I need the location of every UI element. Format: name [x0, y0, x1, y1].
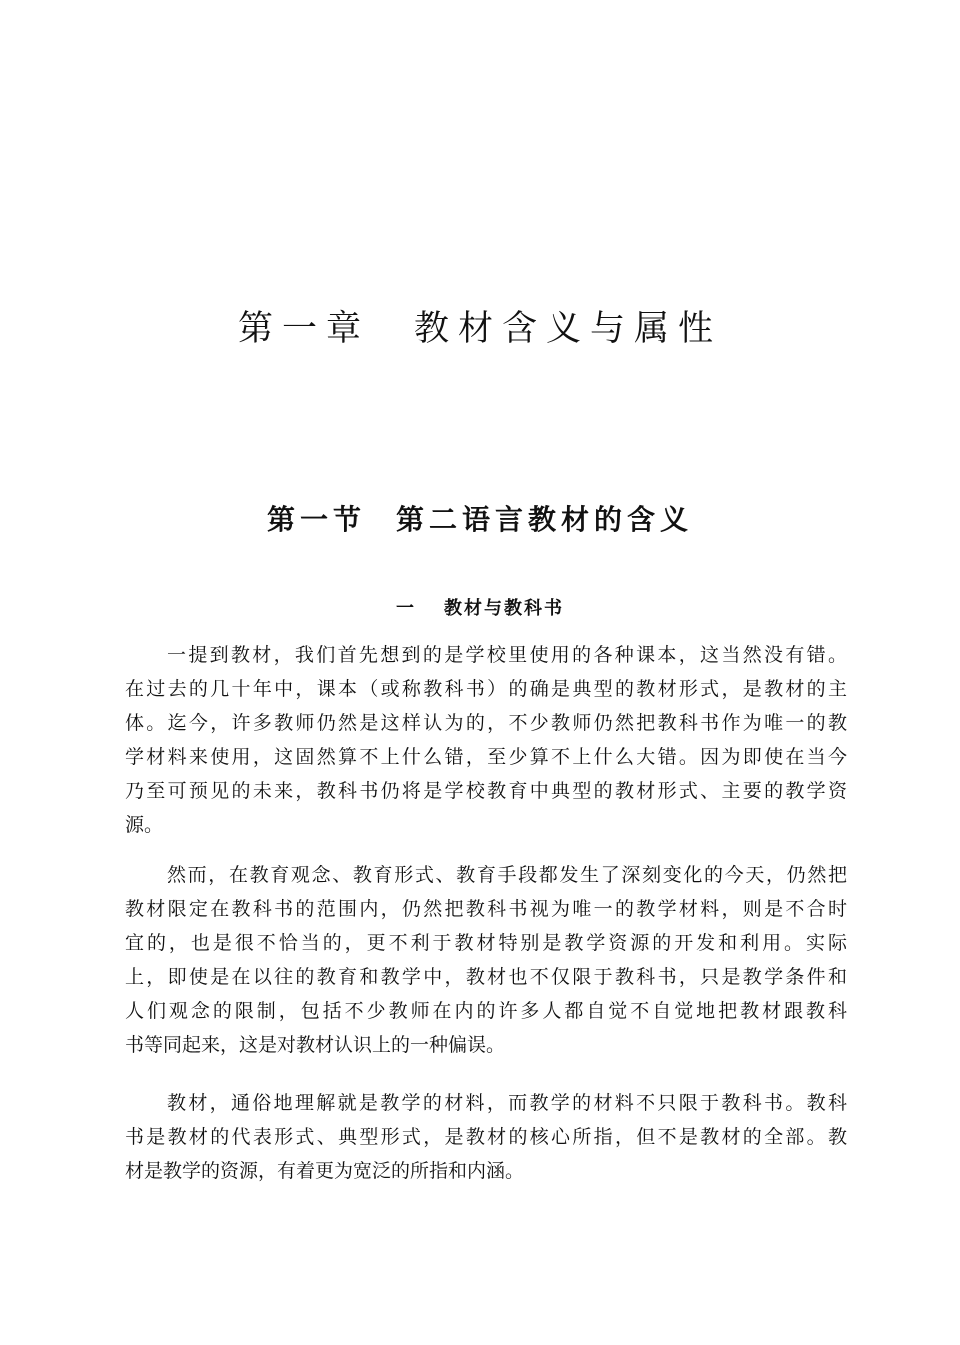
text-line: 源。	[125, 808, 847, 842]
paragraph-2: 然而，在教育观念、教育形式、教育手段都发生了深刻变化的今天，仍然把 教材限定在教…	[125, 858, 847, 1062]
text-line: 教材，通俗地理解就是教学的材料，而教学的材料不只限于教科书。教科	[125, 1086, 847, 1120]
text-line: 然而，在教育观念、教育形式、教育手段都发生了深刻变化的今天，仍然把	[125, 858, 847, 892]
section-heading: 第一节第二语言教材的含义	[0, 501, 960, 539]
section-number: 第一节	[267, 503, 366, 536]
text-line: 学材料来使用，这固然算不上什么错，至少算不上什么大错。因为即使在当今	[125, 740, 847, 774]
section-title: 第二语言教材的含义	[396, 503, 693, 536]
text-line: 宜的，也是很不恰当的，更不利于教材特别是教学资源的开发和利用。实际	[125, 926, 847, 960]
chapter-heading: 第一章教材含义与属性	[0, 307, 960, 351]
text-line: 上，即使是在以往的教育和教学中，教材也不仅限于教科书，只是教学条件和	[125, 960, 847, 994]
text-line: 材是教学的资源，有着更为宽泛的所指和内涵。	[125, 1154, 847, 1188]
text-line: 书等同起来，这是对教材认识上的一种偏误。	[125, 1028, 847, 1062]
text-line: 乃至可预见的未来，教科书仍将是学校教育中典型的教材形式、主要的教学资	[125, 774, 847, 808]
text-line: 人们观念的限制，包括不少教师在内的许多人都自觉不自觉地把教材跟教科	[125, 994, 847, 1028]
chapter-title: 教材含义与属性	[414, 309, 722, 349]
paragraph-1: 一提到教材，我们首先想到的是学校里使用的各种课本，这当然没有错。 在过去的几十年…	[125, 638, 847, 842]
subsection-heading: 一教材与教科书	[0, 596, 960, 622]
text-line: 一提到教材，我们首先想到的是学校里使用的各种课本，这当然没有错。	[125, 638, 847, 672]
chapter-number: 第一章	[238, 309, 370, 349]
paragraph-3: 教材，通俗地理解就是教学的材料，而教学的材料不只限于教科书。教科 书是教材的代表…	[125, 1086, 847, 1188]
text-line: 体。迄今，许多教师仍然是这样认为的，不少教师仍然把教科书作为唯一的教	[125, 706, 847, 740]
text-line: 在过去的几十年中，课本（或称教科书）的确是典型的教材形式，是教材的主	[125, 672, 847, 706]
text-line: 书是教材的代表形式、典型形式，是教材的核心所指，但不是教材的全部。教	[125, 1120, 847, 1154]
text-line: 教材限定在教科书的范围内，仍然把教科书视为唯一的教学材料，则是不合时	[125, 892, 847, 926]
document-page: 第一章教材含义与属性 第一节第二语言教材的含义 一教材与教科书 一提到教材，我们…	[0, 0, 960, 1345]
subsection-number: 一	[396, 598, 416, 619]
subsection-title: 教材与教科书	[444, 598, 564, 619]
